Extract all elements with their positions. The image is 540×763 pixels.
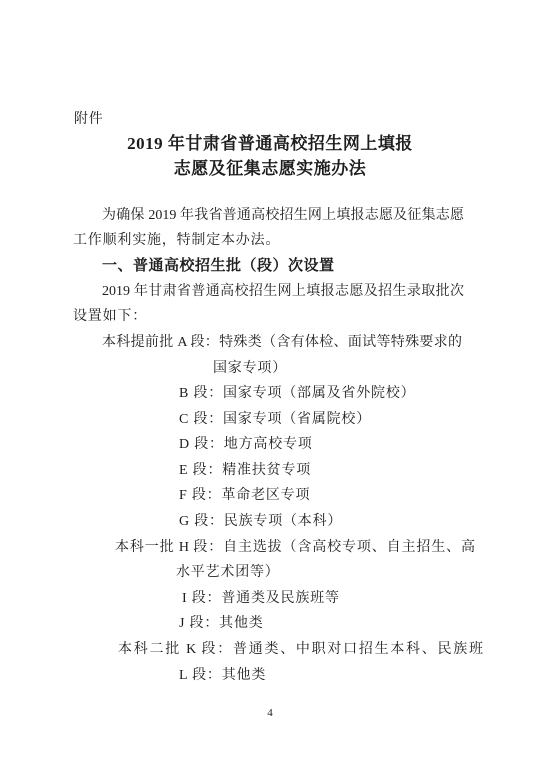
section-1-intro-line-2: 设置如下：: [73, 307, 147, 326]
intro-paragraph-line-1: 为确保 2019 年我省普通高校招生网上填报志愿及征集志愿: [102, 206, 464, 225]
batch-line-tiqianpi-a-1: 本科提前批 A 段：特殊类（含有体检、面试等特殊要求的: [102, 333, 462, 352]
document-title-line-1: 2019 年甘肃省普通高校招生网上填报: [0, 134, 540, 153]
batch-line-l: L 段：其他类: [179, 666, 266, 685]
batch-line-yiben-h-1: 本科一批 H 段：自主选拔（含高校专项、自主招生、高: [115, 538, 475, 557]
page-number: 4: [0, 704, 540, 723]
batch-line-d: D 段：地方高校专项: [179, 435, 313, 454]
batch-line-yiben-h-2: 水平艺术团等）: [176, 563, 280, 582]
batch-line-e: E 段：精准扶贫专项: [179, 461, 311, 480]
batch-line-tiqianpi-a-2: 国家专项）: [213, 359, 287, 378]
document-title-line-2: 志愿及征集志愿实施办法: [0, 159, 540, 178]
section-1-heading: 一、普通高校招生批（段）次设置: [102, 256, 335, 275]
batch-line-g: G 段：民族专项（本科）: [179, 512, 342, 531]
batch-line-c: C 段：国家专项（省属院校）: [179, 410, 371, 429]
batch-line-j: J 段：其他类: [179, 614, 264, 633]
batch-line-b: B 段：国家专项（部属及省外院校）: [179, 384, 415, 403]
batch-line-erben-k: 本科二批 K 段：普通类、中职对口招生本科、民族班: [118, 640, 483, 659]
attachment-label: 附件: [74, 110, 104, 129]
section-1-intro-line-1: 2019 年甘肃省普通高校招生网上填报志愿及招生录取批次: [102, 282, 464, 301]
document-page: 附件 2019 年甘肃省普通高校招生网上填报 志愿及征集志愿实施办法 为确保 2…: [0, 0, 540, 763]
batch-line-i: I 段：普通类及民族班等: [182, 589, 340, 608]
intro-paragraph-line-2: 工作顺利实施，特制定本办法。: [73, 231, 280, 250]
batch-line-f: F 段：革命老区专项: [179, 486, 310, 505]
